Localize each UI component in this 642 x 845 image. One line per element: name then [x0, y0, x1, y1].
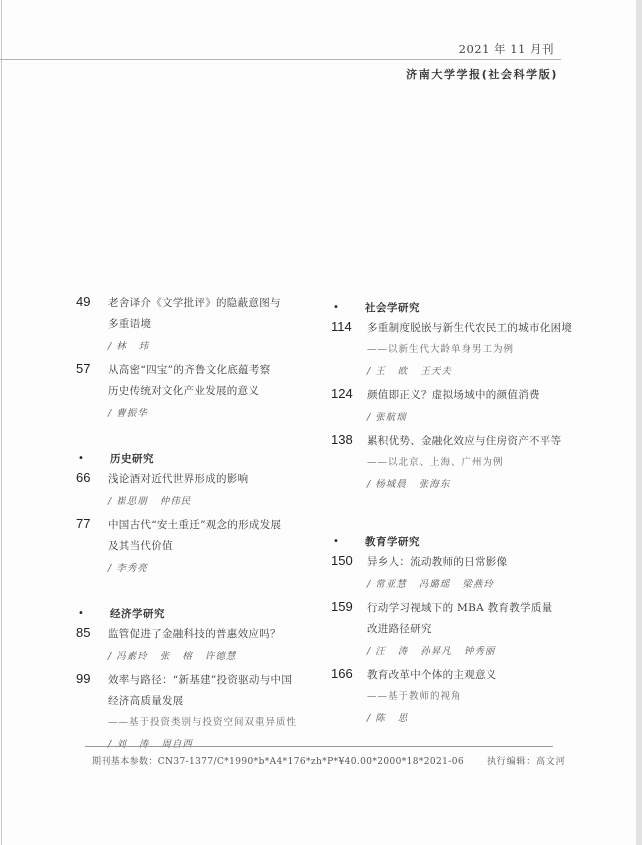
- spacer: [331, 498, 591, 532]
- bullet-icon: •: [331, 536, 365, 547]
- article-title: 多重语境: [108, 314, 336, 335]
- toc-right-column: • 社会学研究 114 多重制度脱嵌与新生代农民工的城市化困境 ——以新生代大龄…: [331, 298, 591, 732]
- issue-date: 2021 年 11 月刊: [459, 41, 554, 57]
- scrollbar-track[interactable]: [636, 0, 642, 845]
- article-subtitle: ——以北京、上海、广州为例: [367, 452, 591, 473]
- bullet-icon: •: [76, 453, 110, 464]
- article-authors: / 王 欧 王天夫: [367, 360, 591, 383]
- page-number: 66: [76, 470, 90, 485]
- article-title: 老舍译介《文学批评》的隐蔽意图与: [108, 293, 336, 314]
- section-heading-education: • 教育学研究: [331, 532, 591, 550]
- toc-entry[interactable]: 150 异乡人：流动教师的日常影像 / 常亚慧 冯璐瑶 梁燕玲: [331, 552, 591, 596]
- page-number: 77: [76, 516, 90, 531]
- article-title: 教育改革中个体的主观意义: [367, 665, 591, 686]
- section-label: 社会学研究: [365, 300, 420, 315]
- article-title: 经济高质量发展: [108, 691, 336, 712]
- toc-entry[interactable]: 99 效率与路径：“新基建”投资驱动与中国 经济高质量发展 ——基于投资类别与投…: [76, 670, 336, 756]
- article-authors: / 陈 思: [367, 707, 591, 730]
- article-title: 监管促进了金融科技的普惠效应吗？: [108, 624, 336, 645]
- article-subtitle: ——以新生代大龄单身男工为例: [367, 339, 591, 360]
- article-title: 颜值即正义？虚拟场域中的颜值消费: [367, 385, 591, 406]
- article-authors: / 常亚慧 冯璐瑶 梁燕玲: [367, 573, 591, 596]
- toc-entry[interactable]: 166 教育改革中个体的主观意义 ——基于教师的视角 / 陈 思: [331, 665, 591, 730]
- header-rule: [0, 59, 561, 60]
- page-number: 57: [76, 361, 90, 376]
- page-number: 114: [331, 319, 352, 334]
- article-authors: / 刘 涛 周自西: [108, 733, 336, 756]
- article-authors: / 汪 涛 孙昇凡 钟秀丽: [367, 640, 591, 663]
- article-subtitle: ——基于教师的视角: [367, 686, 591, 707]
- toc-entry[interactable]: 138 累积优势、金融化效应与住房资产不平等 ——以北京、上海、广州为例 / 杨…: [331, 431, 591, 496]
- toc-entry[interactable]: 85 监管促进了金融科技的普惠效应吗？ / 冯素玲 张 榕 许德慧: [76, 624, 336, 668]
- page-number: 159: [331, 599, 353, 614]
- journal-parameters: 期刊基本参数：CN37-1377/C*1990*b*A4*176*zh*P*¥4…: [92, 754, 464, 767]
- section-heading-sociology: • 社会学研究: [331, 298, 591, 316]
- spacer: [76, 427, 336, 449]
- article-title: 历史传统对文化产业发展的意义: [108, 381, 336, 402]
- article-authors: / 曹振华: [108, 402, 336, 425]
- toc-entry[interactable]: 49 老舍译介《文学批评》的隐蔽意图与 多重语境 / 林 玮: [76, 293, 336, 358]
- article-authors: / 崔思朋 仲伟民: [108, 490, 336, 513]
- article-title: 从高密“四宝”的齐鲁文化底蕴考察: [108, 360, 336, 381]
- article-title: 改进路径研究: [367, 619, 591, 640]
- section-heading-economics: • 经济学研究: [76, 604, 336, 622]
- page-number: 99: [76, 671, 90, 686]
- section-heading-history: • 历史研究: [76, 449, 336, 467]
- article-authors: / 张航瑞: [367, 406, 591, 429]
- bullet-icon: •: [76, 608, 110, 619]
- toc-entry[interactable]: 57 从高密“四宝”的齐鲁文化底蕴考察 历史传统对文化产业发展的意义 / 曹振华: [76, 360, 336, 425]
- article-title: 及其当代价值: [108, 536, 336, 557]
- article-title: 效率与路径：“新基建”投资驱动与中国: [108, 670, 336, 691]
- page-number: 124: [331, 386, 353, 401]
- toc-left-column: 49 老舍译介《文学批评》的隐蔽意图与 多重语境 / 林 玮 57 从高密“四宝…: [76, 293, 336, 758]
- section-label: 经济学研究: [110, 606, 165, 621]
- page-number: 150: [331, 553, 353, 568]
- article-title: 异乡人：流动教师的日常影像: [367, 552, 591, 573]
- toc-entry[interactable]: 66 浅论酒对近代世界形成的影响 / 崔思朋 仲伟民: [76, 469, 336, 513]
- toc-entry[interactable]: 77 中国古代“安土重迁”观念的形成发展 及其当代价值 / 李秀亮: [76, 515, 336, 580]
- page-left-border: [1, 0, 2, 845]
- page-number: 138: [331, 432, 353, 447]
- footer-rule: [85, 746, 553, 747]
- page-number: 166: [331, 666, 353, 681]
- toc-entry[interactable]: 124 颜值即正义？虚拟场域中的颜值消费 / 张航瑞: [331, 385, 591, 429]
- article-title: 多重制度脱嵌与新生代农民工的城市化困境: [367, 318, 591, 339]
- page-number: 85: [76, 625, 90, 640]
- section-label: 历史研究: [110, 451, 154, 466]
- article-title: 浅论酒对近代世界形成的影响: [108, 469, 336, 490]
- article-title: 行动学习视域下的 MBA 教育教学质量: [367, 598, 591, 619]
- article-authors: / 李秀亮: [108, 557, 336, 580]
- spacer: [76, 582, 336, 604]
- article-authors: / 杨城晨 张海东: [367, 473, 591, 496]
- page-number: 49: [76, 294, 90, 309]
- toc-entry[interactable]: 114 多重制度脱嵌与新生代农民工的城市化困境 ——以新生代大龄单身男工为例 /…: [331, 318, 591, 383]
- article-title: 中国古代“安土重迁”观念的形成发展: [108, 515, 336, 536]
- bullet-icon: •: [331, 302, 365, 313]
- toc-entry[interactable]: 159 行动学习视域下的 MBA 教育教学质量 改进路径研究 / 汪 涛 孙昇凡…: [331, 598, 591, 663]
- article-authors: / 冯素玲 张 榕 许德慧: [108, 645, 336, 668]
- article-title: 累积优势、金融化效应与住房资产不平等: [367, 431, 591, 452]
- section-label: 教育学研究: [365, 534, 420, 549]
- journal-title: 济南大学学报(社会科学版): [406, 66, 558, 82]
- executive-editor: 执行编辑：高文河: [487, 754, 565, 767]
- article-subtitle: ——基于投资类别与投资空间双重异质性: [108, 712, 336, 733]
- article-authors: / 林 玮: [108, 335, 336, 358]
